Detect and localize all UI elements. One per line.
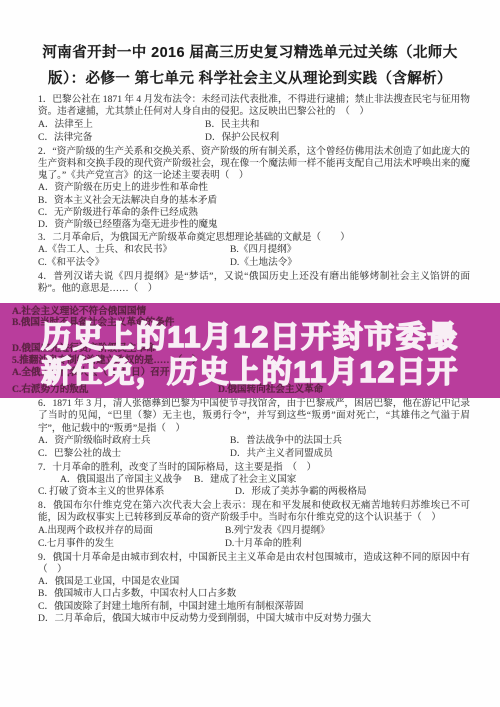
question-text-line: A．俄国退出了帝国主义战争 B．建成了社会主义国家 [38,474,470,486]
overlay-title-line1: 历史上的11月12日开封市委最 [0,322,500,353]
option-row: C.《和平法令》D.《土地法令》 [38,257,470,271]
overlay-title-line2: 新任免，历史上的11月12日开 [0,357,500,388]
question-text-line: B．资本主义社会无法解决自身的基本矛盾 [38,195,470,207]
option-row: C．法律完备D．保护公民权利 [38,132,470,146]
option-row: A．法律至上B．民主共和 [38,119,470,133]
option-row: A．资产阶级临时政府士兵B．普法战争中的法国士兵 [38,435,470,449]
document-title: 河南省开封一中 2016 届高三历史复习精选单元过关练（北师大 版）：必修一 第… [0,40,500,92]
question-text-line: 6．1871 年 3 月，清人张德彝到巴黎为中国使节寻找馆舍，由于巴黎戒严，困居… [38,398,470,435]
option-right: B．民主共和 [205,119,259,131]
option-right: D．形成了美苏争霸的两极格局 [235,486,367,498]
option-right: D.十月革命的胜利 [225,538,301,550]
question-text-line: D．二月革命后，俄国大城市中反动势力受到削弱，中国大城市中反对势力强大 [38,613,470,625]
option-left: C．法律完备 [38,132,205,144]
option-left: C.七月事件的发生 [38,538,225,550]
question-text-line: A．俄国是工业国，中国是农业国 [38,576,470,588]
question-text-line: 9．俄国十月革命是由城市到农村，中国新民主主义革命是由农村包围城市，造成这种不同… [38,552,470,577]
option-row: A.出现两个政权并存的局面B.列宁发表《四月提纲》 [38,525,470,539]
scanned-exam-page: 河南省开封一中 2016 届高三历史复习精选单元过关练（北师大 版）：必修一 第… [0,0,500,707]
question-text-line: 1．巴黎公社在 1871 年 4 月发布法令：未经司法代表批准，不得进行逮捕；禁… [38,94,470,119]
document-title-line1: 河南省开封一中 2016 届高三历史复习精选单元过关练（北师大 [0,40,500,66]
option-left: A.出现两个政权并存的局面 [38,525,225,537]
option-right: B.《四月提纲》 [230,244,296,256]
question-text-line: 7．十月革命的胜利，改变了当时的国际格局，这主要是指 （ ） [38,462,470,474]
question-text-line: 3．二月革命后，为俄国无产阶级革命奠定思想理论基础的文献是（ ） [38,232,470,244]
option-left: C.《和平法令》 [38,257,230,269]
obscured-text-fragment: A.社会主义理论不符合俄国国情 [12,306,146,317]
option-row: C. 打破了资本主义的世界体系D．形成了美苏争霸的两极格局 [38,486,470,500]
option-row: A.《告工人、士兵、和农民书》B.《四月提纲》 [38,244,470,258]
seo-title-overlay-banner: A.社会主义理论不符合俄国国情B.俄国当时不具备社会主义革命的条件D.俄国应先进… [0,303,500,398]
question-text-line: A．资产阶级在历史上的进步性和革命性 [38,182,470,194]
option-right: D．共产主义者同盟成员 [230,448,333,460]
option-right: D.《土地法令》 [230,257,297,269]
option-right: D．保护公民权利 [205,132,279,144]
question-text-line: C．无产阶级进行革命的条件已经成熟 [38,207,470,219]
question-text-line: 8．俄国布尔什维克党在第六次代表大会上表示：现在和平发展和使政权无痛苦地转归苏维… [38,500,470,525]
option-right: B.列宁发表《四月提纲》 [225,525,330,537]
option-row: C．巴黎公社的战士D．共产主义者同盟成员 [38,448,470,462]
question-text-line: 2．“资产阶级的生产关系和交换关系、资产阶级的所有制关系，这个曾经仿佛用法术创造… [38,146,470,183]
question-text-line: C．俄国废除了封建土地所有制，中国封建土地所有制根深蒂固 [38,601,470,613]
option-row: C.七月事件的发生D.十月革命的胜利 [38,538,470,552]
option-left: A．法律至上 [38,119,205,131]
option-right: B．普法战争中的法国士兵 [230,435,342,447]
option-left: C. 打破了资本主义的世界体系 [38,486,235,498]
question-text-line: 4．普列汉诺夫说《四月提纲》是“梦话”，又说“俄国历史上还没有磨出能够烤制社会主… [38,271,470,296]
questions-section-upper: 1．巴黎公社在 1871 年 4 月发布法令：未经司法代表批准，不得进行逮捕；禁… [0,92,500,296]
option-left: C．巴黎公社的战士 [38,448,230,460]
document-title-line2: 版）：必修一 第七单元 科学社会主义从理论到实践（含解析） [0,66,500,92]
question-text-line: D．资产阶级已经堕落为毫无进步性的魔鬼 [38,219,470,231]
question-text-line: B．俄国城市人口占多数，中国农村人口占多数 [38,588,470,600]
questions-section-lower: 6．1871 年 3 月，清人张德彝到巴黎为中国使节寻找馆舍，由于巴黎戒严，困居… [0,398,500,625]
option-left: A．资产阶级临时政府士兵 [38,435,230,447]
option-left: A.《告工人、士兵、和农民书》 [38,244,230,256]
